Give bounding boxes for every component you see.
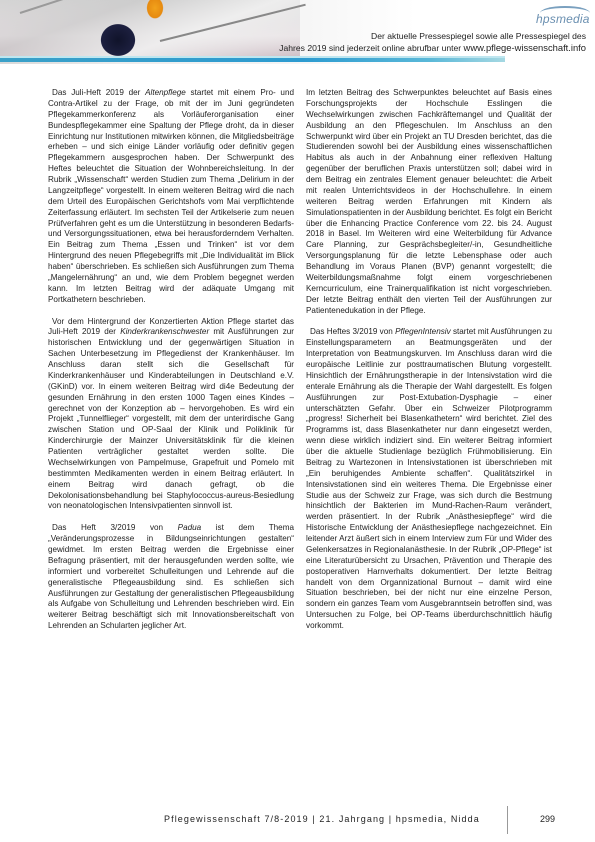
banner-accent-bar bbox=[0, 58, 505, 62]
footer-divider bbox=[507, 806, 508, 834]
journal-title: Kinderkrankenschwester bbox=[120, 327, 209, 336]
left-column: Das Juli-Heft 2019 der Altenpflege start… bbox=[48, 88, 294, 632]
journal-title: Padua bbox=[178, 523, 202, 532]
paragraph-text: mit Ausführungen zur historischen Entwic… bbox=[48, 327, 294, 510]
header-note-prefix: Jahres 2019 sind jederzeit online abrufb… bbox=[279, 43, 463, 53]
header-note: Der aktuelle Pressespiegel sowie alle Pr… bbox=[256, 31, 586, 54]
paragraph-text: startet mit Ausführungen zu Einstellungs… bbox=[306, 327, 552, 630]
paragraph-text: Das Juli-Heft 2019 der bbox=[52, 88, 145, 97]
publisher-logo: hpsmedia bbox=[536, 12, 590, 26]
paragraph-padua-continued: Im letzten Beitrag des Schwerpunktes bel… bbox=[306, 88, 552, 316]
magazine-image bbox=[0, 0, 300, 60]
page-number: 299 bbox=[540, 814, 555, 824]
paragraph-text: startet mit einem Pro- und Contra-Artike… bbox=[48, 88, 294, 304]
journal-title: Altenpflege bbox=[145, 88, 186, 97]
paragraph-text: Das Heftes 3/2019 von bbox=[310, 327, 395, 336]
journal-citation: Pflegewissenschaft 7/8-2019 | 21. Jahrga… bbox=[164, 814, 480, 824]
journal-title: PflegenIntensiv bbox=[395, 327, 451, 336]
paragraph-text: Das Heft 3/2019 von bbox=[52, 523, 178, 532]
website-link[interactable]: www.pflege-wissenschaft.info bbox=[464, 42, 586, 53]
paragraph-pflegenintensiv: Das Heftes 3/2019 von PflegenIntensiv st… bbox=[306, 327, 552, 632]
header-banner: hpsmedia Der aktuelle Pressespiegel sowi… bbox=[0, 0, 595, 64]
paragraph-padua: Das Heft 3/2019 von Padua ist dem Thema … bbox=[48, 523, 294, 632]
page-footer: Pflegewissenschaft 7/8-2019 | 21. Jahrga… bbox=[0, 812, 595, 832]
paragraph-text: Im letzten Beitrag des Schwerpunktes bel… bbox=[306, 88, 552, 315]
header-note-line-2: Jahres 2019 sind jederzeit online abrufb… bbox=[256, 42, 586, 54]
right-column: Im letzten Beitrag des Schwerpunktes bel… bbox=[306, 88, 552, 632]
header-note-line-1: Der aktuelle Pressespiegel sowie alle Pr… bbox=[256, 31, 586, 42]
paragraph-altenpflege: Das Juli-Heft 2019 der Altenpflege start… bbox=[48, 88, 294, 306]
paragraph-kinderkrankenschwester: Vor dem Hintergrund der Konzertierten Ak… bbox=[48, 317, 294, 513]
paragraph-text: ist dem Thema „Veränderungsprozesse in B… bbox=[48, 523, 294, 630]
